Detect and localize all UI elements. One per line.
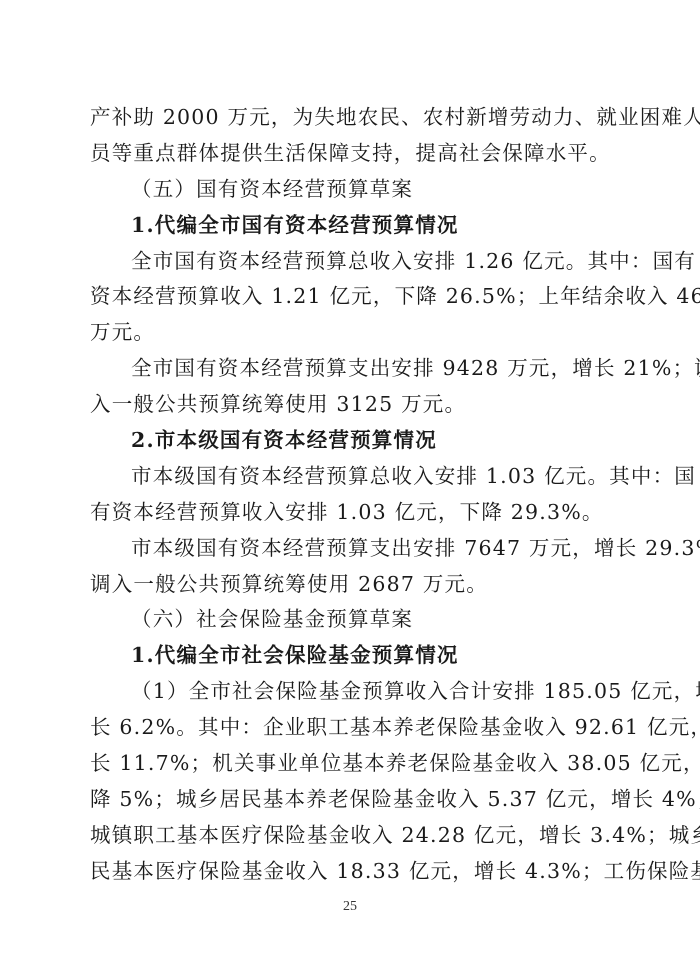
paragraph-line: 资本经营预算收入 1.21 亿元，下降 26.5%；上年结余收入 464 [90,279,612,315]
paragraph-line: 产补助 2000 万元，为失地农民、农村新增劳动力、就业困难人 [90,100,612,136]
paragraph-line: 全市国有资本经营预算总收入安排 1.26 亿元。其中：国有 [90,244,612,280]
paragraph-line: 员等重点群体提供生活保障支持，提高社会保障水平。 [90,136,612,172]
paragraph-line: 降 5%；城乡居民基本养老保险基金收入 5.37 亿元，增长 4%； [90,782,612,818]
paragraph-line: 市本级国有资本经营预算总收入安排 1.03 亿元。其中：国 [90,459,612,495]
section-heading: （五）国有资本经营预算草案 [90,172,612,208]
paragraph-line: 长 6.2%。其中：企业职工基本养老保险基金收入 92.61 亿元，增 [90,710,612,746]
document-body: 产补助 2000 万元，为失地农民、农村新增劳动力、就业困难人 员等重点群体提供… [90,100,612,890]
paragraph-line: 全市国有资本经营预算支出安排 9428 万元，增长 21%；调 [90,351,612,387]
paragraph-line: 民基本医疗保险基金收入 18.33 亿元，增长 4.3%；工伤保险基金 [90,854,612,890]
paragraph-line: 调入一般公共预算统筹使用 2687 万元。 [90,567,612,603]
paragraph-line: （1）全市社会保险基金预算收入合计安排 185.05 亿元，增 [90,674,612,710]
paragraph-line: 城镇职工基本医疗保险基金收入 24.28 亿元，增长 3.4%；城乡居 [90,818,612,854]
page-number: 25 [0,899,700,915]
section-heading: （六）社会保险基金预算草案 [90,602,612,638]
paragraph-line: 万元。 [90,315,612,351]
paragraph-line: 有资本经营预算收入安排 1.03 亿元，下降 29.3%。 [90,495,612,531]
subsection-heading: 1.代编全市社会保险基金预算情况 [90,638,612,674]
paragraph-line: 入一般公共预算统筹使用 3125 万元。 [90,387,612,423]
subsection-heading: 2.市本级国有资本经营预算情况 [90,423,612,459]
paragraph-line: 长 11.7%；机关事业单位基本养老保险基金收入 38.05 亿元，下 [90,746,612,782]
subsection-heading: 1.代编全市国有资本经营预算情况 [90,208,612,244]
paragraph-line: 市本级国有资本经营预算支出安排 7647 万元，增长 29.3%； [90,531,612,567]
